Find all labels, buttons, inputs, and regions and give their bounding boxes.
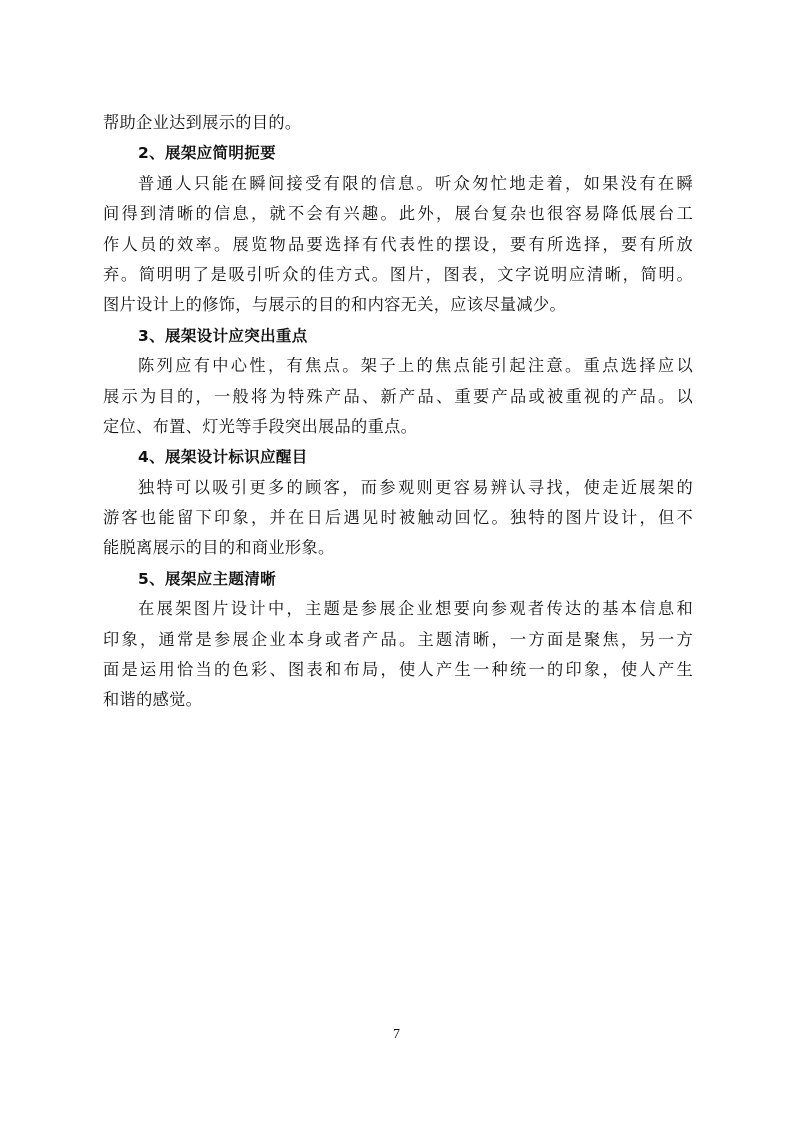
page-number: 7 [0,1027,793,1043]
section-5: 5、展架应主题清晰 在展架图片设计中，主题是参展企业想要向参观者传达的基本信息和… [103,564,693,716]
paragraph-line: 展示为目的，一般将为特殊产品、新产品、重要产品或被重视的产品。以 [103,382,693,412]
paragraph-line: 帮助企业达到展示的目的。 [103,108,693,138]
section-4: 4、展架设计标识应醒目 独特可以吸引更多的顾客，而参观则更容易辨认寻找，使走近展… [103,442,693,564]
paragraph-line: 能脱离展示的目的和商业形象。 [103,533,693,563]
section-2: 2、展架应简明扼要 普通人只能在瞬间接受有限的信息。听众匆忙地走着，如果没有在瞬… [103,138,693,320]
paragraph-line: 面是运用恰当的色彩、图表和布局，使人产生一种统一的印象，使人产生 [103,655,693,685]
section-3: 3、展架设计应突出重点 陈列应有中心性，有焦点。架子上的焦点能引起注意。重点选择… [103,321,693,443]
paragraph-line: 作人员的效率。展览物品要选择有代表性的摆设，要有所选择，要有所放 [103,230,693,260]
paragraph-line: 间得到清晰的信息，就不会有兴趣。此外，展台复杂也很容易降低展台工 [103,199,693,229]
paragraph-line: 和谐的感觉。 [103,685,693,715]
paragraph-line: 定位、布置、灯光等手段突出展品的重点。 [103,412,693,442]
paragraph-line: 普通人只能在瞬间接受有限的信息。听众匆忙地走着，如果没有在瞬 [103,169,693,199]
section-heading: 3、展架设计应突出重点 [103,321,693,351]
paragraph-line: 陈列应有中心性，有焦点。架子上的焦点能引起注意。重点选择应以 [103,351,693,381]
paragraph-line: 在展架图片设计中，主题是参展企业想要向参观者传达的基本信息和 [103,594,693,624]
section-heading: 4、展架设计标识应醒目 [103,442,693,472]
paragraph-line: 弃。简明明了是吸引听众的佳方式。图片，图表，文字说明应清晰，简明。 [103,260,693,290]
paragraph-line: 独特可以吸引更多的顾客，而参观则更容易辨认寻找，使走近展架的 [103,473,693,503]
paragraph-line: 游客也能留下印象，并在日后遇见时被触动回忆。独特的图片设计，但不 [103,503,693,533]
paragraph-line: 印象，通常是参展企业本身或者产品。主题清晰，一方面是聚焦，另一方 [103,625,693,655]
paragraph-line: 图片设计上的修饰，与展示的目的和内容无关，应该尽量减少。 [103,290,693,320]
section-heading: 5、展架应主题清晰 [103,564,693,594]
section-heading: 2、展架应简明扼要 [103,138,693,168]
document-page: 帮助企业达到展示的目的。 2、展架应简明扼要 普通人只能在瞬间接受有限的信息。听… [103,108,693,716]
